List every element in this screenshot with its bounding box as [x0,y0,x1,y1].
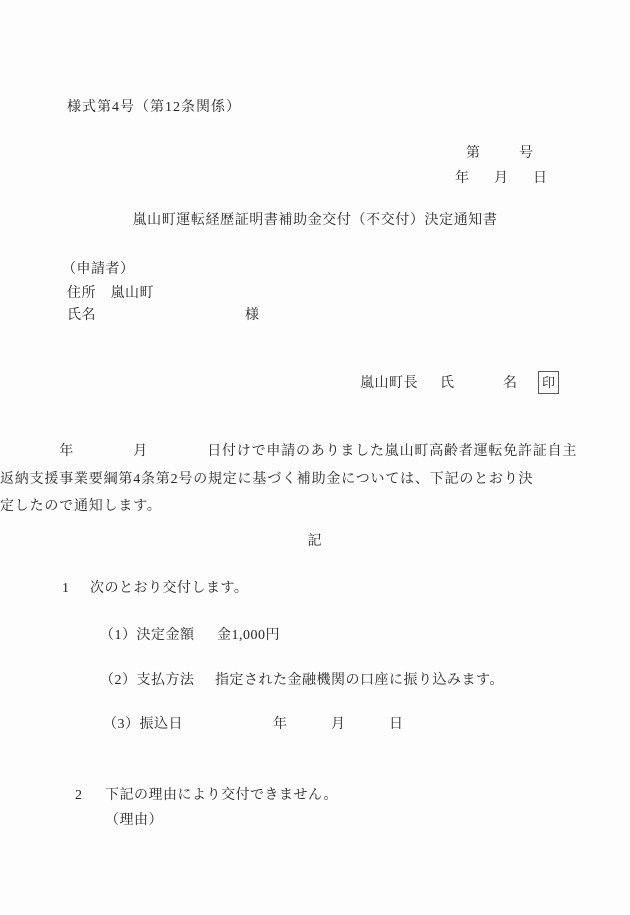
item1-value: 金1,000円 [217,626,280,646]
section2-number: 2 [75,786,83,806]
body-paragraph-line-1: 年 月 日付けで申請のありました嵐山町高齢者運転免許証自主 [0,442,630,462]
date-year-label: 年 [455,169,470,189]
body-text: 年 月 日付けで申請のありました嵐山町高齢者運転免許証自主 [0,442,577,462]
date-day-label: 日 [533,169,548,189]
applicant-address: 住所 嵐山町 [67,284,154,304]
body-text: 定したので通知します。 [0,497,162,517]
body-text: 返納支援事業要綱第4条第2号の規定に基づく補助金については、下記のとおり決 [0,470,533,490]
issuer-givenname-label: 名 [503,374,518,394]
section1-item-1: （1）決定金額 金1,000円 [0,626,630,646]
form-number: 様式第4号（第12条関係） [67,96,241,116]
doc-number-suffix: 号 [519,144,534,164]
seal-mark: 印 [538,371,559,394]
doc-number-prefix: 第 [466,144,481,164]
record-marker: 記 [0,532,630,552]
issuer-surname-label: 氏 [440,374,455,394]
date-line: 年 月 日 [0,169,630,189]
body-paragraph-line-2: 返納支援事業要綱第4条第2号の規定に基づく補助金については、下記のとおり決 [0,470,630,490]
body-paragraph-line-3: 定したので通知します。 [0,497,630,517]
item1-label: （1）決定金額 [100,626,195,646]
applicant-address-line: 住所 嵐山町 [0,284,630,304]
item2-label: （2）支払方法 [100,671,195,691]
item2-value: 指定された金融機関の口座に振り込みます。 [215,671,504,691]
section1-heading-line: 1 次のとおり交付します。 [0,579,630,599]
section1-number: 1 [62,579,70,599]
item3-value: 年 月 日 [273,715,404,735]
applicant-name-line: 氏名 様 [0,306,630,326]
section1-item-2: （2）支払方法 指定された金融機関の口座に振り込みます。 [0,671,630,691]
reason-label: （理由） [105,811,163,831]
doc-number-line: 第 号 [0,144,630,164]
applicant-honorific: 様 [245,306,260,326]
section1-item-3: （3）振込日 年 月 日 [0,715,630,735]
item3-label: （3）振込日 [103,715,183,735]
document-title: 嵐山町運転経歴証明書補助金交付（不交付）決定通知書 [0,211,630,231]
document-page: 様式第4号（第12条関係） 第 号 年 月 日 嵐山町運転経歴証明書補助金交付（… [0,0,630,915]
section2-heading-line: 2 下記の理由により交付できません。 [0,786,630,806]
applicant-heading: （申請者） [62,260,135,280]
section1-heading: 次のとおり交付します。 [90,579,248,599]
reason-label-line: （理由） [0,811,630,831]
applicant-name-label: 氏名 [67,306,96,326]
issuer-office: 嵐山町長 [360,374,418,394]
issuer-line: 嵐山町長 氏 名 印 [0,374,630,394]
applicant-heading-line: （申請者） [0,260,630,280]
date-month-label: 月 [494,169,509,189]
section2-heading: 下記の理由により交付できません。 [105,786,338,806]
